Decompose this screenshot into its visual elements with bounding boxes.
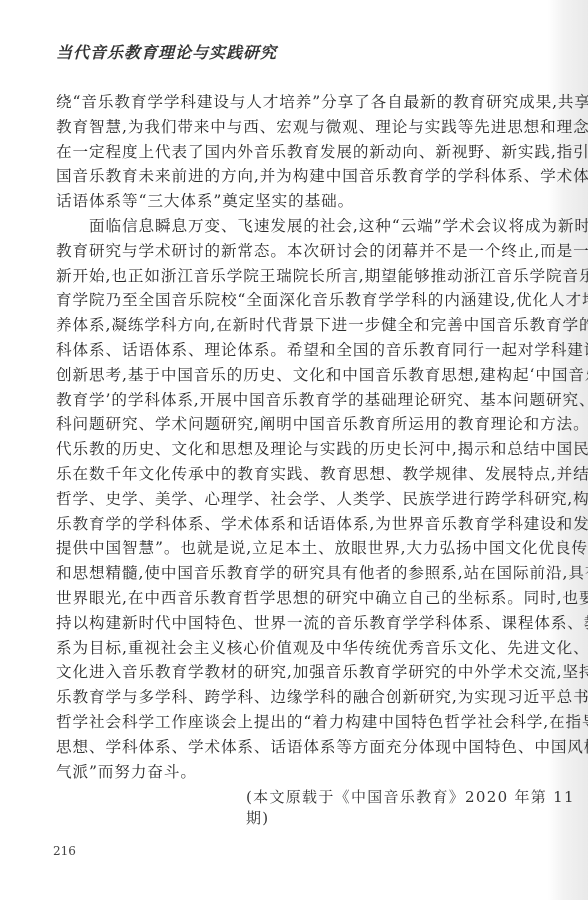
text-line: 提供中国智慧”。也就是说,立足本土、放眼世界,大力弘扬中国文化优良传统 <box>56 536 546 561</box>
running-header: 当代音乐教育理论与实践研究 <box>56 40 277 63</box>
text-line: 教育研究与学术研讨的新常态。本次研讨会的闭幕并不是一个终止,而是一个 <box>56 239 546 264</box>
text-line: 气派”而努力奋斗。 <box>56 760 546 785</box>
text-line: 哲学社会科学工作座谈会上提出的“着力构建中国特色哲学社会科学,在指导 <box>56 710 546 735</box>
text-line: 创新思考,基于中国音乐的历史、文化和中国音乐教育思想,建构起‘中国音乐 <box>56 363 546 388</box>
text-line: 育学院乃至全国音乐院校“全面深化音乐教育学学科的内涵建设,优化人才培 <box>56 288 546 313</box>
text-line: 哲学、史学、美学、心理学、社会学、人类学、民族学进行跨学科研究,构建中国音 <box>56 487 546 512</box>
text-line: 持以构建新时代中国特色、世界一流的音乐教育学学科体系、课程体系、教材体 <box>56 611 546 636</box>
text-line: 代乐教的历史、文化和思想及理论与实践的历史长河中,揭示和总结中国民族音 <box>56 437 546 462</box>
body-text: 绕“音乐教育学学科建设与人才培养”分享了各自最新的教育研究成果,共享了 教育智慧… <box>56 90 546 784</box>
text-line: 乐教育学与多学科、跨学科、边缘学科的融合创新研究,为实现习近平总书记在 <box>56 685 546 710</box>
text-line: 和思想精髓,使中国音乐教育学的研究具有他者的参照系,站在国际前沿,具有 <box>56 561 546 586</box>
text-line: 国音乐教育未来前进的方向,并为构建中国音乐教育学的学科体系、学术体系、 <box>56 164 546 189</box>
text-line: 面临信息瞬息万变、飞速发展的社会,这种“云端”学术会议将成为新时代 <box>56 214 546 239</box>
text-line: 世界眼光,在中西音乐教育哲学思想的研究中确立自己的坐标系。同时,也要坚 <box>56 586 546 611</box>
text-line: 科体系、话语体系、理论体系。希望和全国的音乐教育同行一起对学科建设展开 <box>56 338 546 363</box>
text-line: 教育学’的学科体系,开展中国音乐教育学的基础理论研究、基本问题研究、学 <box>56 388 546 413</box>
text-line: 话语体系等“三大体系”奠定坚实的基础。 <box>56 189 546 214</box>
text-line: 在一定程度上代表了国内外音乐教育发展的新动向、新视野、新实践,指引着中 <box>56 140 546 165</box>
text-line: 教育智慧,为我们带来中与西、宏观与微观、理论与实践等先进思想和理念。这 <box>56 115 546 140</box>
source-citation: (本文原载于《中国音乐教育》2020 年第 11 期) <box>246 786 588 828</box>
text-line: 养体系,凝练学科方向,在新时代背景下进一步健全和完善中国音乐教育学的学 <box>56 313 546 338</box>
text-line: 科问题研究、学术问题研究,阐明中国音乐教育所运用的教育理论和方法。从古 <box>56 412 546 437</box>
text-line: 乐教育学的学科体系、学术体系和话语体系,为世界音乐教育学科建设和发展, <box>56 512 546 537</box>
text-line: 绕“音乐教育学学科建设与人才培养”分享了各自最新的教育研究成果,共享了 <box>56 90 546 115</box>
text-line: 乐在数千年文化传承中的教育实践、教育思想、教学规律、发展特点,并结合当代 <box>56 462 546 487</box>
text-line: 思想、学科体系、学术体系、话语体系等方面充分体现中国特色、中国风格、中国 <box>56 735 546 760</box>
text-line: 新开始,也正如浙江音乐学院王瑞院长所言,期望能够推动浙江音乐学院音乐教 <box>56 264 546 289</box>
page-number: 216 <box>53 844 76 858</box>
text-line: 系为目标,重视社会主义核心价值观及中华传统优秀音乐文化、先进文化、革命 <box>56 636 546 661</box>
text-line: 文化进入音乐教育学教材的研究,加强音乐教育学研究的中外学术交流,坚持音 <box>56 660 546 685</box>
